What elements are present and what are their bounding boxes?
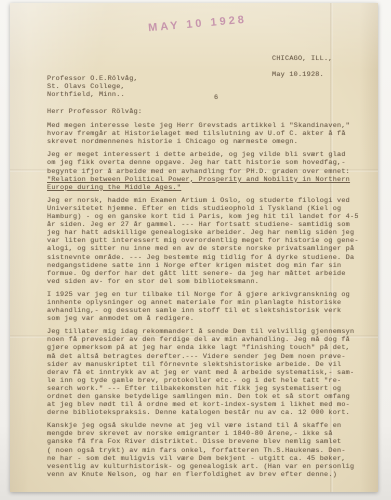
recipient-address: Professor O.E.Rölvåg, St. Olavs College,…: [47, 75, 138, 99]
paragraph-emigrant-letters: Kanskje jeg også skulde nevne at jeg vil…: [47, 422, 375, 479]
paragraph-interest: Med megen interesse leste jeg Herr Grevs…: [47, 122, 375, 146]
received-date-stamp: MAY 10 1928: [148, 14, 248, 35]
letter-page: MAY 10 1928 CHICAGO, ILL., May 10.1928. …: [10, 3, 378, 492]
letter-dateline: CHICAGO, ILL., May 10.1928.: [272, 47, 333, 87]
paragraph-norway-trip: I 1925 var jeg en tur tilbake til Norge …: [47, 291, 375, 323]
city-line: CHICAGO, ILL.,: [272, 55, 333, 63]
paragraph-qualifications: Jeg er meget interessert i dette arbeide…: [47, 151, 375, 191]
paragraph-sample-pages: Jeg tillater mig idag rekommandert å sen…: [47, 328, 375, 417]
paragraph-background: Jeg er norsk, hadde min Examen Artium i …: [47, 197, 375, 286]
paragraph-qualifications-text: Jeg er meget interessert i dette arbeide…: [47, 151, 350, 175]
salutation: Herr Professor Rölvåg:: [47, 108, 375, 116]
date-line: May 10.1928.: [272, 71, 333, 79]
thesis-title: "Relation between Political Power, Prosp…: [47, 176, 350, 192]
scan-background: MAY 10 1928 CHICAGO, ILL., May 10.1928. …: [0, 0, 391, 500]
page-mark: 6: [214, 94, 218, 102]
letter-body: Herr Professor Rölvåg: Med megen interes…: [47, 108, 375, 484]
